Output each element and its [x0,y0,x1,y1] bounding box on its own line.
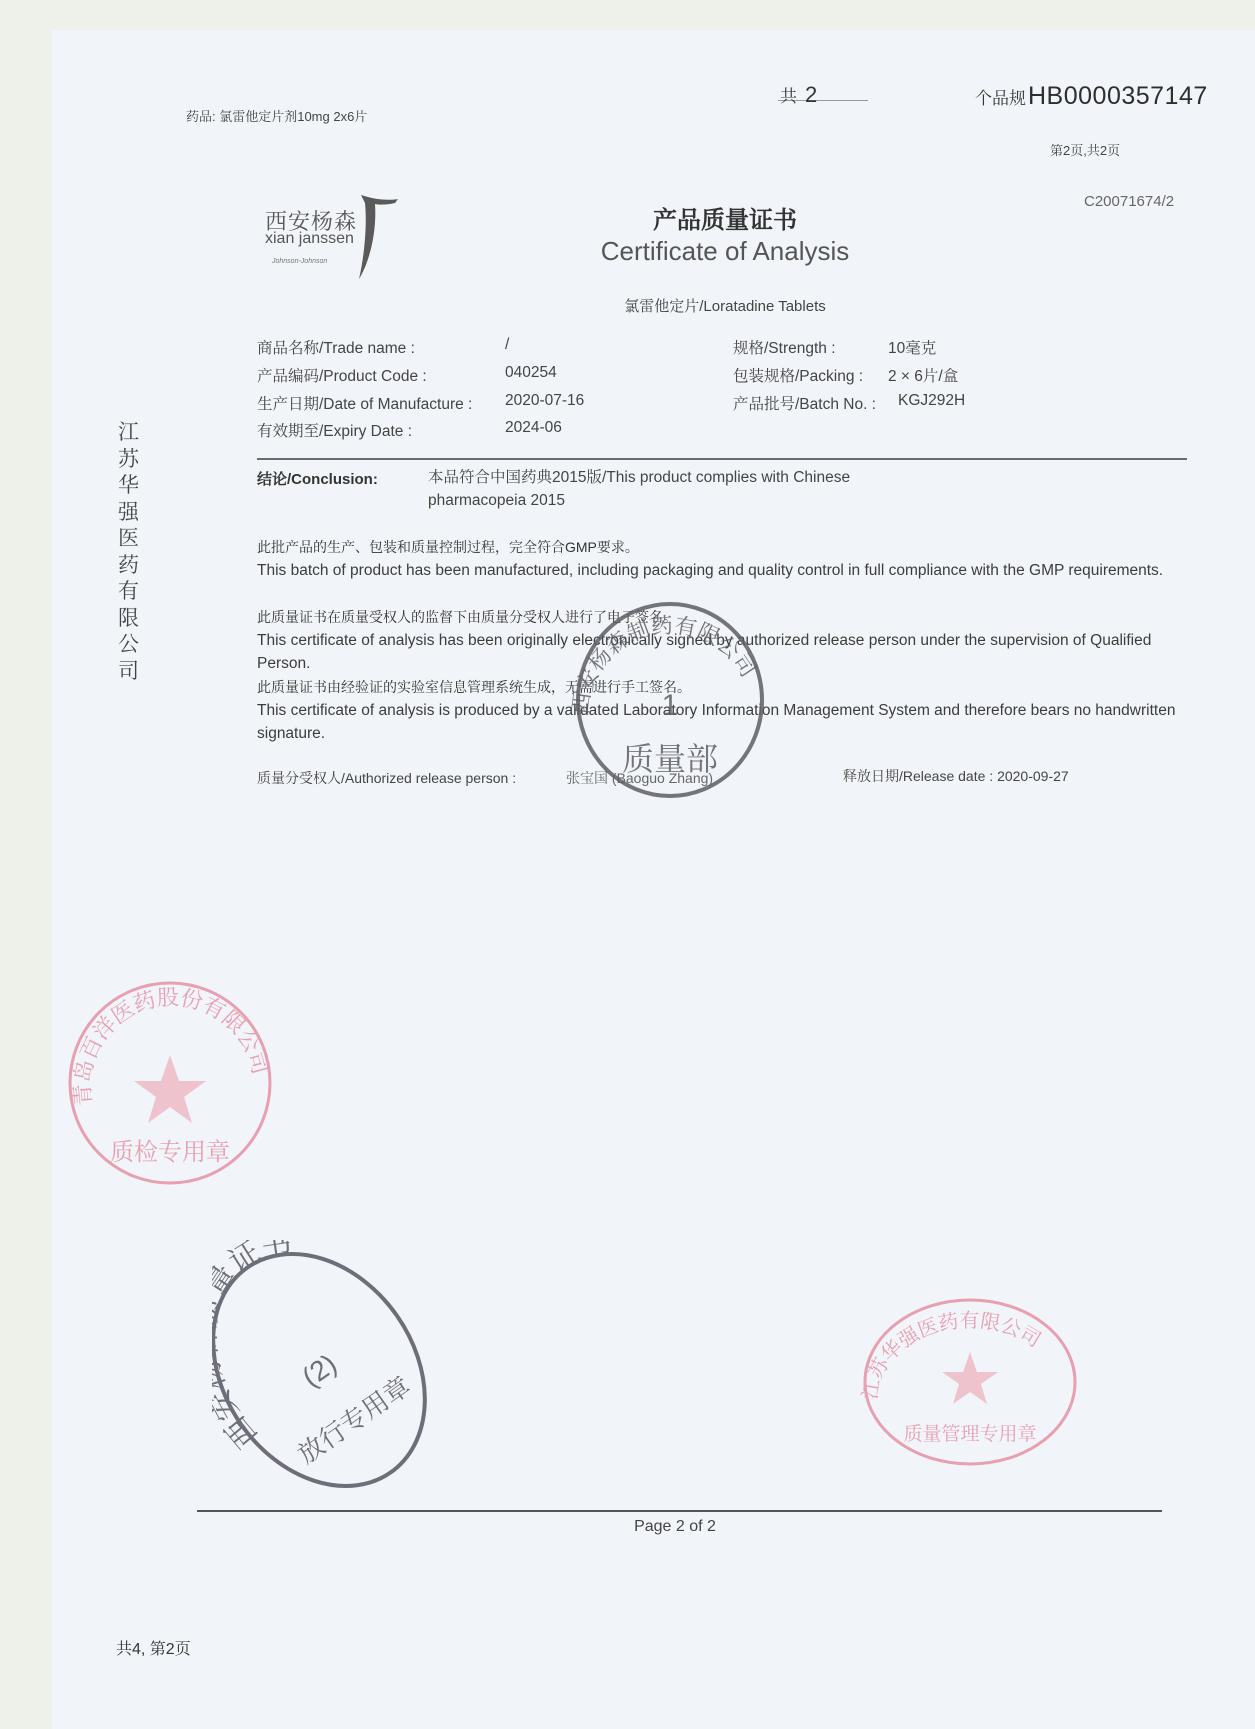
release-stamp-icon: 西安杨森质量证书 (2) 放行专用章 [212,1240,427,1500]
svg-text:(2): (2) [296,1348,342,1393]
footer-total-pages: 共4, 第2页 [116,1636,191,1659]
svg-text:质量管理专用章: 质量管理专用章 [903,1423,1036,1445]
strength-value: 10毫克 [888,336,936,358]
expiry-date-label: 有效期至/Expiry Date : [257,419,412,441]
strength-label: 规格/Strength : [733,336,836,358]
title-en: Certificate of Analysis [0,236,1255,267]
packing-label: 包装规格/Packing : [733,364,863,386]
trade-name-value: / [505,336,509,354]
conclusion-text: 本品符合中国药典2015版/This product complies with… [428,466,948,512]
manufacture-date-label: 生产日期/Date of Manufacture : [257,392,472,414]
red-quality-stamp-icon: 江苏华强医药有限公司 质量管理专用章 [855,1290,1085,1475]
spec-code: 个品规HB0000357147 [975,82,1208,111]
drug-description: 药品: 氯雷他定片剂10mg 2x6片 [186,106,367,125]
statement-gmp: 此批产品的生产、包装和质量控制过程，完全符合GMP要求。 This batch … [257,536,1177,582]
conclusion-label: 结论/Conclusion: [257,468,378,489]
svg-text:质量部: 质量部 [622,741,718,777]
svg-text:质检专用章: 质检专用章 [110,1139,230,1166]
manufacture-date-value: 2020-07-16 [505,392,584,410]
batch-value: KGJ292H [898,392,965,410]
product-code-value: 040254 [505,364,557,382]
packing-value: 2 × 6片/盒 [888,364,958,386]
product-name: 氯雷他定片/Loratadine Tablets [0,295,1255,316]
red-qc-stamp-icon: 青岛百洋医药股份有限公司 质检专用章 [62,975,282,1190]
page-indicator: 第2页,共2页 [1050,140,1120,159]
divider [257,458,1187,460]
authorized-person-label: 质量分受权人/Authorized release person : [257,768,516,788]
title-cn: 产品质量证书 [0,200,1255,235]
batch-label: 产品批号/Batch No. : [733,392,876,414]
trade-name-label: 商品名称/Trade name : [257,336,415,358]
release-date: 释放日期/Release date : 2020-09-27 [843,766,1069,786]
footer-page-number: Page 2 of 2 [0,1518,1255,1536]
quality-dept-stamp-icon: 西安杨森制药有限公司 1 质量部 [560,595,780,805]
svg-text:1: 1 [662,689,679,722]
expiry-date-value: 2024-06 [505,419,562,437]
product-code-label: 产品编码/Product Code : [257,364,427,386]
total-count: 共2 [780,82,817,108]
footer-divider [197,1510,1162,1512]
svg-text:江苏华强医药有限公司: 江苏华强医药有限公司 [857,1308,1045,1401]
side-company-name: 江苏华强医药有限公司 [118,420,142,685]
